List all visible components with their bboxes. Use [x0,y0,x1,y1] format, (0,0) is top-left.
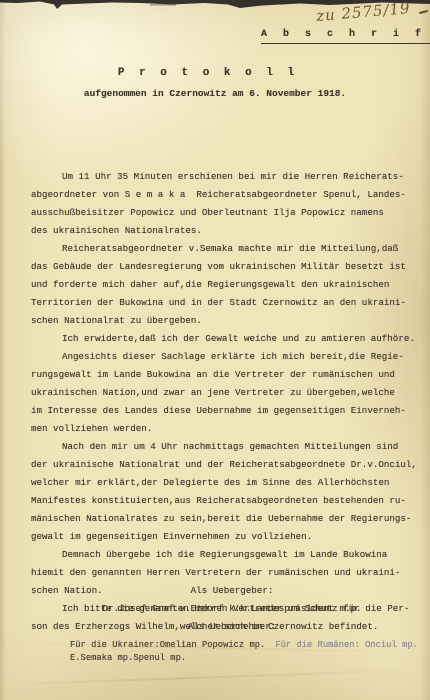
abschrift-label: A b s c h r i f t . [261,29,430,44]
protocol-text-line: im Interesse des Landes diese Uebernahme… [31,402,427,420]
protocol-text-line: der ukrainische Nationalrat und der Reic… [31,456,427,474]
protocol-text-line: Demnach übergebe ich die Regierungsgewal… [31,546,427,564]
protocol-body: Um 11 Uhr 35 Minuten erschienen bei mir … [31,114,427,636]
protocol-text-line: Um 11 Uhr 35 Minuten erschienen bei mir … [31,168,427,186]
protocol-text-line: Angesichts dieser Sachlage erklärte ich … [31,348,427,366]
uebergeber-name: Dr.Josef Graf v.Ezdorf k.k.Landespräside… [36,600,428,618]
protocol-text-line: und forderte mich daher auf,die Regierun… [31,276,427,294]
protocol-text-line: Nach den mir um 4 Uhr nachmittags gemach… [31,438,427,456]
protocol-text-line: rungsgewalt im Lande Bukowina an die Ver… [31,366,427,384]
protocol-text-line: Reicheratsabgeordneter v.Semaka machte m… [31,240,427,258]
protokoll-title: P r o t o k o l l [0,67,416,79]
protocol-text-line: men vollziehen werden. [31,420,427,438]
protocol-text-line: Manifestes konstituierten,aus Reicherats… [31,492,427,510]
uebernehmer-heading: Als Uebernehmer: [36,618,428,636]
protocol-text-line: schen Nationalrat zu übergeben. [31,312,427,330]
ukrainian-signatures: Für die Ukrainer:Omelian Popowicz mp. E.… [70,639,265,665]
closing-block: Als Uebergeber: Dr.Josef Graf v.Ezdorf k… [36,582,428,636]
protocol-text-line: hiemit den genannten Herren Vertretern d… [31,564,427,582]
protocol-text-line: gewalt im gegenseitigen Einvernehmen zu … [31,528,427,546]
protocol-text-line: abgeordneter von S e m a k a Reicheratsa… [31,186,427,204]
uebergeber-heading: Als Uebergeber: [36,582,428,600]
paper-crease [0,668,430,687]
document-page: zu 2575/19 A b s c h r i f t . P r o t o… [0,0,430,700]
protokoll-subtitle: aufgenommen in Czernowitz am 6. November… [0,88,430,99]
ukrainer-signature-line-2: E.Semaka mp.Spenul mp. [70,652,265,665]
protocol-text-line: das Gebäude der Landesregierung vom ukra… [31,258,427,276]
protocol-text-line: des ukrainischen Nationalrates. [31,222,427,240]
protocol-text-line: mänischen Nationalrates zu sein,bereit d… [31,510,427,528]
protocol-text-line: ausschußbeisitzer Popowicz und Oberleutn… [31,204,427,222]
protocol-text-line: welcher mir erklärt,der Delegierte des i… [31,474,427,492]
protocol-text-line: ukrainischen Nation,und zwar an jene Ver… [31,384,427,402]
protocol-text-line: Territorien der Bukowina und in der Stad… [31,294,427,312]
protocol-text-line: Ich erwiderte,daß ich der Gewalt weiche … [31,330,427,348]
